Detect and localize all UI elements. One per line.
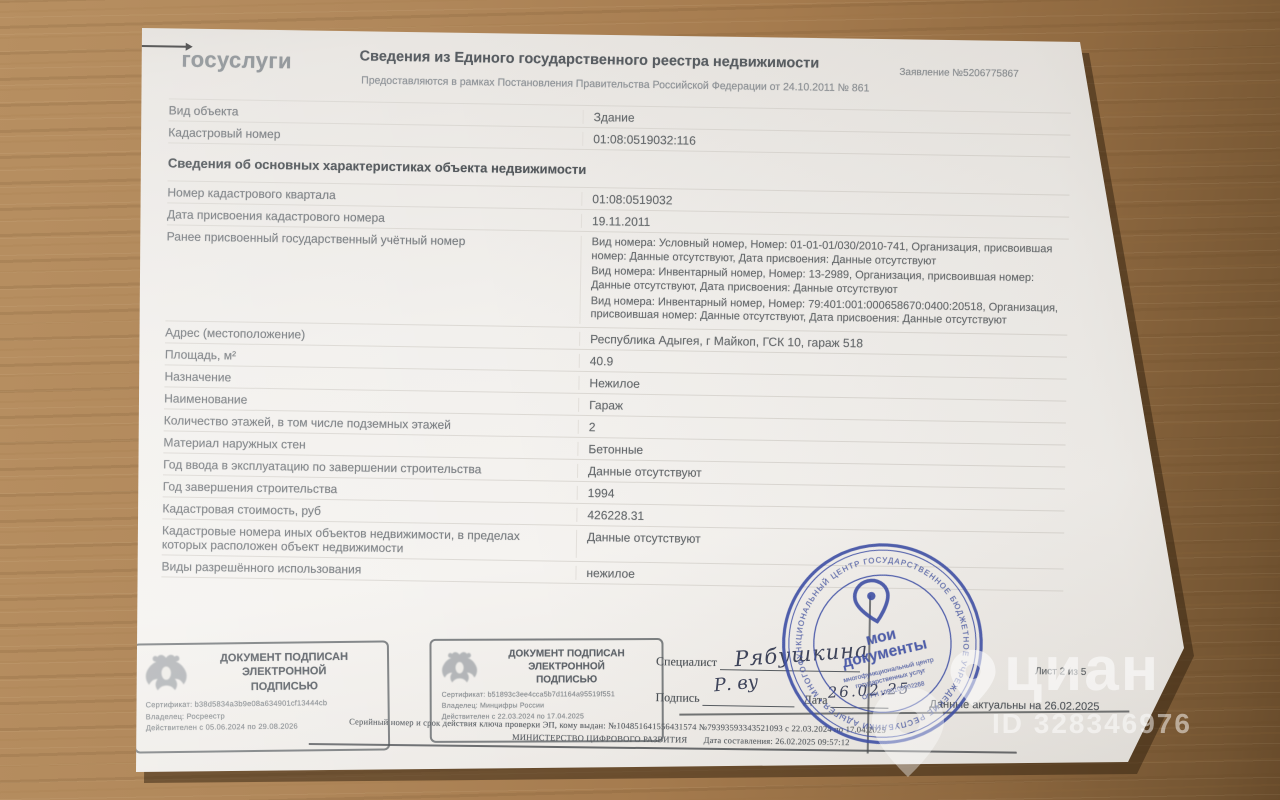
eagle-emblem-icon [440, 649, 480, 685]
esign-stamp-head: ДОКУМЕНТ ПОДПИСАН ЭЛЕКТРОННОЙ ПОДПИСЬЮ [135, 642, 388, 696]
row-label: Кадастровые номера иных объектов недвижи… [162, 523, 576, 557]
esign-stamp-title: ДОКУМЕНТ ПОДПИСАН ЭЛЕКТРОННОЙ ПОДПИСЬЮ [189, 650, 380, 695]
corner-arrow-mark [140, 45, 188, 48]
row-label: Виды разрешённого использования [161, 559, 575, 580]
row-label: Дата присвоения кадастрового номера [167, 207, 581, 228]
row-label: Год завершения строительства [163, 479, 577, 500]
section-title: Сведения об основных характеристиках объ… [168, 155, 587, 177]
document-paper: госуслуги Сведения из Единого государств… [0, 0, 1280, 800]
gosuslugi-logo: госуслуги [181, 47, 292, 75]
ministry-text: МИНИСТЕРСТВО ЦИФРОВОГО РАЗВИТИЯ [512, 732, 687, 745]
row-label: Адрес (местоположение) [165, 325, 579, 346]
table-row: Ранее присвоенный государственный учётны… [165, 225, 1068, 335]
esign-title-line: ЭЛЕКТРОННОЙ [480, 660, 654, 674]
owner-line: Владелец: Минцифры России [442, 701, 652, 713]
row-value: Вид номера: Условный номер, Номер: 01-01… [579, 236, 1068, 331]
validity-line: Действителен с 05.06.2024 по 29.08.2026 [146, 720, 378, 734]
row-label: Кадастровая стоимость, руб [162, 501, 576, 522]
certificate-line: Сертификат: b51893c3ee4cca5b7d1164a95519… [442, 690, 652, 702]
row-label: Вид объекта [169, 103, 583, 124]
row-label: Наименование [164, 391, 578, 412]
row-label: Материал наружных стен [163, 435, 577, 456]
esign-stamp-head: ДОКУМЕНТ ПОДПИСАН ЭЛЕКТРОННОЙ ПОДПИСЬЮ [431, 640, 661, 688]
row-label: Ранее присвоенный государственный учётны… [165, 229, 580, 323]
photo-scene: госуслуги Сведения из Единого государств… [0, 0, 1280, 800]
object-info-table: Вид объекта Здание Кадастровый номер 01:… [168, 98, 1071, 157]
specialist-label: Специалист [656, 654, 717, 669]
esign-title-line: ПОДПИСЬЮ [480, 673, 654, 687]
signature-label: Подпись [655, 690, 699, 705]
application-number: Заявление №5206775867 [899, 67, 1018, 80]
esign-title-line: ПОДПИСЬЮ [189, 678, 379, 695]
row-label: Кадастровый номер [168, 125, 582, 146]
esign-stamp-title: ДОКУМЕНТ ПОДПИСАН ЭЛЕКТРОННОЙ ПОДПИСЬЮ [479, 647, 653, 687]
row-label: Год ввода в эксплуатацию по завершении с… [163, 457, 577, 478]
row-label: Назначение [164, 369, 578, 390]
row-label: Количество этажей, в том числе подземных… [164, 413, 578, 434]
document-subtitle: Предоставляются в рамках Постановления П… [361, 74, 941, 95]
document-title: Сведения из Единого государственного рее… [359, 48, 899, 72]
document-content: госуслуги Сведения из Единого государств… [130, 28, 1090, 787]
row-label: Площадь, м² [165, 347, 579, 368]
row-label: Номер кадастрового квартала [167, 185, 581, 206]
mfc-pin-icon [852, 577, 894, 625]
signature-handwriting: Р. ву [713, 671, 759, 696]
esign-title-line: ДОКУМЕНТ ПОДПИСАН [479, 647, 653, 661]
row-value: 01:08:0519032:116 [582, 132, 1070, 154]
sheet-number: Лист 2 из 5 [1035, 666, 1087, 678]
eagle-emblem-icon [143, 652, 190, 695]
row-value-line: Вид номера: Инвентарный номер, Номер: 79… [590, 295, 1067, 330]
